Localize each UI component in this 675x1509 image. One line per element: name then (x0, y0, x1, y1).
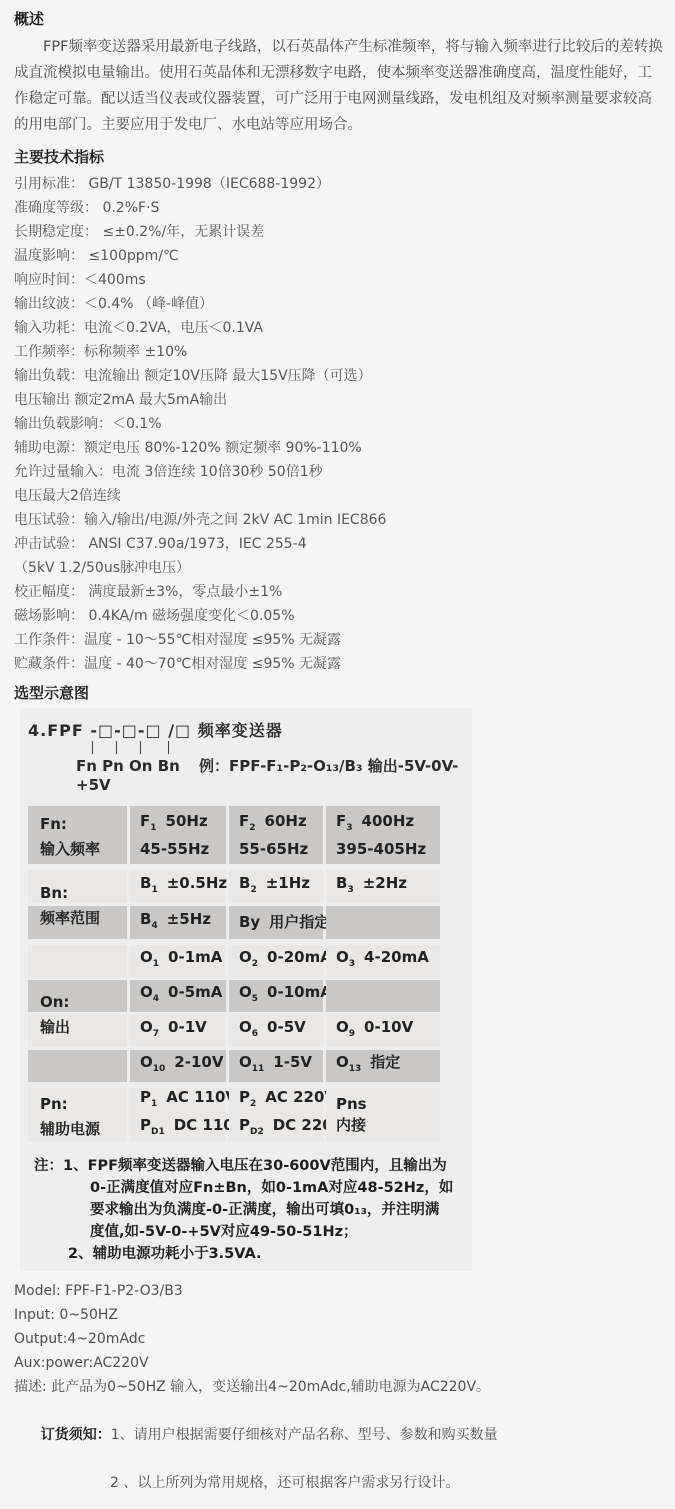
note-line: 0-正满度值对应Fn±Bn，如0-1mA对应48-52Hz，如 (90, 1177, 468, 1199)
table-cell: O13指定 (326, 1050, 440, 1082)
slot-labels: Fn Pn On Bn (76, 757, 180, 775)
spec-line: 贮藏条件：温度 - 40～70℃相对湿度 ≤95% 无凝露 (14, 652, 663, 676)
table-row-label: Bn:频率范围 (28, 870, 127, 942)
table-cell: By用户指定 (229, 906, 323, 939)
spec-line: 电压最大2倍连续 (14, 484, 663, 508)
table-cell: O90-10V (326, 1015, 440, 1047)
description-line: 描述: 此产品为0~50HZ 输入，变送输出4~20mAdc,辅助电源为AC22… (14, 1375, 663, 1399)
order-notice-line2: 2 、以上所列为常用规格，还可根据客户需求另行设计。 (110, 1471, 663, 1495)
model-pattern: 4.FPF -□-□-□ /□ 频率变送器 (28, 718, 468, 741)
group-name: 输入频率 (40, 838, 127, 859)
table-row: B4±5HzBy用户指定 (130, 906, 468, 939)
spec-line: 允许过量输入：电流 3倍连续 10倍30秒 50倍1秒 (14, 460, 663, 484)
specs-heading: 主要技术指标 (14, 146, 663, 168)
group-code: Bn: (40, 884, 127, 902)
model-line: Model: FPF-F1-P2-O3/B3 (14, 1279, 663, 1303)
spec-line: 响应时间：＜400ms (14, 268, 663, 292)
note-line: 要求输出为负满度-0-正满度，输出可填0₁₃，并注明满 (90, 1199, 468, 1221)
selection-diagram-block: 4.FPF -□-□-□ /□ 频率变送器 Fn Pn On Bn 例：FPF-… (20, 708, 472, 1271)
selection-table: Fn:输入频率F150Hz45-55HzF260Hz55-65HzF3400Hz… (28, 806, 468, 1145)
table-cell: O70-1V (130, 1015, 226, 1047)
table-cell: O40-5mA (130, 980, 226, 1012)
table-cell: B4±5Hz (130, 906, 226, 939)
note-line: 注：1、FPF频率变送器输入电压在30-600V范围内，且输出为 (34, 1155, 468, 1177)
table-cell: F260Hz55-65Hz (229, 806, 323, 864)
spec-line: 引用标准： GB/T 13850-1998（IEC688-1992） (14, 172, 663, 196)
spec-line: 工作频率：标称频率 ±10% (14, 340, 663, 364)
spec-line: （5kV 1.2/50us脉冲电压） (14, 556, 663, 580)
table-cell: O34-20mA (326, 945, 440, 977)
note-line: 度值,如-5V-0-+5V对应49-50-51Hz； (90, 1221, 468, 1243)
table-row-label: Fn:输入频率 (28, 806, 127, 867)
spec-line: 校正幅度： 满度最新±3%，零点最小±1% (14, 580, 663, 604)
table-cell: Pns内接 (326, 1088, 440, 1142)
group-code: On: (40, 993, 127, 1011)
table-row-label: On:输出 (28, 945, 127, 1085)
table-cell: F150Hz45-55Hz (130, 806, 226, 864)
spec-line: 温度影响： ≤100ppm/℃ (14, 244, 663, 268)
table-row: F150Hz45-55HzF260Hz55-65HzF3400Hz395-405… (130, 806, 468, 864)
spec-line: 电压试验：输入/输出/电源/外壳之间 2kV AC 1min IEC866 (14, 508, 663, 532)
group-code: Fn: (40, 815, 127, 833)
spec-line: 长期稳定度： ≤±0.2%/年，无累计误差 (14, 220, 663, 244)
table-row: O40-5mAO50-10mA (130, 980, 468, 1012)
table-cell: O60-5V (229, 1015, 323, 1047)
note-line: 2、辅助电源功耗小于3.5VA. (68, 1243, 468, 1265)
table-cell (326, 980, 440, 1012)
table-cell: P1AC 110VPD1DC 110V (130, 1088, 226, 1142)
table-group-on: On:输出O10-1mAO20-20mAO34-20mAO40-5mAO50-1… (28, 945, 468, 1085)
spec-line: 电压输出 额定2mA 最大5mA输出 (14, 388, 663, 412)
table-row: P1AC 110VPD1DC 110VP2AC 220VPD2DC 220VPn… (130, 1088, 468, 1142)
spec-line: 工作条件：温度 - 10～55℃相对湿度 ≤95% 无凝露 (14, 628, 663, 652)
table-group-pn: Pn:辅助电源P1AC 110VPD1DC 110VP2AC 220VPD2DC… (28, 1088, 468, 1145)
table-row: O70-1VO60-5VO90-10V (130, 1015, 468, 1047)
output-line: Output:4~20mAdc (14, 1327, 663, 1351)
spec-line: 输出负载影响：＜0.1% (14, 412, 663, 436)
table-cell: O50-10mA (229, 980, 323, 1012)
table-cell: P2AC 220VPD2DC 220V (229, 1088, 323, 1142)
order-info: Model: FPF-F1-P2-O3/B3 Input: 0~50HZ Out… (14, 1279, 663, 1495)
spec-line: 输出负载：电流输出 额定10V压降 最大15V压降（可选） (14, 364, 663, 388)
model-code-diagram: 4.FPF -□-□-□ /□ 频率变送器 Fn Pn On Bn 例：FPF-… (28, 718, 468, 794)
table-group-fn: Fn:输入频率F150Hz45-55HzF260Hz55-65HzF3400Hz… (28, 806, 468, 867)
order-notice-line: 订货须知：1、请用户根据需要仔细核对产品名称、型号、参数和购买数量 (14, 1399, 663, 1471)
table-cell (326, 906, 440, 939)
spec-line: 冲击试验： ANSI C37.90a/1973，IEC 255-4 (14, 532, 663, 556)
table-cell: B1±0.5Hz (130, 870, 226, 903)
table-cell: F3400Hz395-405Hz (326, 806, 440, 864)
group-name: 频率范围 (40, 907, 127, 928)
table-cell: B3±2Hz (326, 870, 440, 903)
spec-line: 输入功耗：电流＜0.2VA，电压＜0.1VA (14, 316, 663, 340)
group-name: 输出 (40, 1016, 127, 1037)
table-group-bn: Bn:频率范围B1±0.5HzB2±1HzB3±2HzB4±5HzBy用户指定 (28, 870, 468, 942)
table-row-label: Pn:辅助电源 (28, 1088, 127, 1145)
note: 注：1、FPF频率变送器输入电压在30-600V范围内，且输出为 0-正满度值对… (28, 1155, 468, 1265)
overview-paragraph: FPF频率变送器采用最新电子线路，以石英晶体产生标准频率，将与输入频率进行比较后… (14, 34, 663, 138)
specs-list: 引用标准： GB/T 13850-1998（IEC688-1992） 准确度等级… (14, 172, 663, 676)
order-notice-text: 1、请用户根据需要仔细核对产品名称、型号、参数和购买数量 (111, 1427, 498, 1443)
table-cell: O10-1mA (130, 945, 226, 977)
spec-line: 磁场影响： 0.4KA/m 磁场强度变化＜0.05% (14, 604, 663, 628)
table-cell: O102-10V (130, 1050, 226, 1082)
spec-line: 输出纹波：＜0.4% （峰-峰值） (14, 292, 663, 316)
input-line: Input: 0~50HZ (14, 1303, 663, 1327)
table-row: O102-10VO111-5VO13指定 (130, 1050, 468, 1082)
table-row: B1±0.5HzB2±1HzB3±2Hz (130, 870, 468, 903)
table-row: O10-1mAO20-20mAO34-20mA (130, 945, 468, 977)
spec-line: 准确度等级： 0.2%F·S (14, 196, 663, 220)
overview-heading: 概述 (14, 8, 663, 30)
group-name: 辅助电源 (40, 1118, 127, 1139)
spec-line: 辅助电源：额定电压 80%-120% 额定频率 90%-110% (14, 436, 663, 460)
order-notice-label: 订货须知： (41, 1427, 111, 1443)
connector-lines (28, 741, 468, 755)
table-cell: O20-20mA (229, 945, 323, 977)
table-cell: O111-5V (229, 1050, 323, 1082)
document-page: 概述 FPF频率变送器采用最新电子线路，以石英晶体产生标准频率，将与输入频率进行… (0, 0, 675, 1509)
selection-heading: 选型示意图 (14, 682, 663, 704)
aux-line: Aux:power:AC220V (14, 1351, 663, 1375)
table-cell: B2±1Hz (229, 870, 323, 903)
group-code: Pn: (40, 1095, 127, 1113)
